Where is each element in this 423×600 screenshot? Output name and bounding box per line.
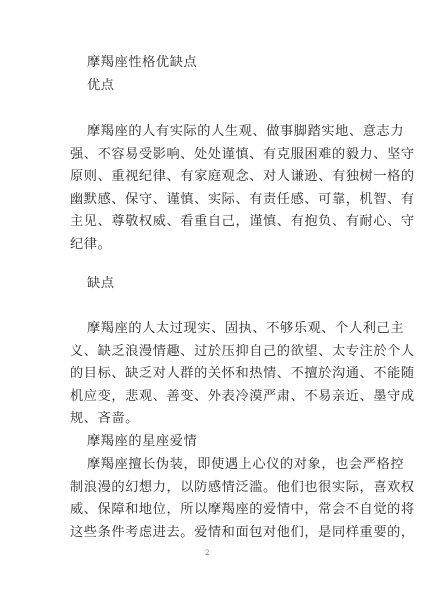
text-line: 这些条件考虑进去。爱情和面包对他们，是同样重要的， (70, 522, 360, 545)
paragraph-cons: 摩羯座的人太过现实、固执、不够乐观、个人利己主 义、缺乏浪漫情趣、过於压抑自己的… (70, 318, 360, 431)
section-heading-cons: 缺点 (87, 273, 115, 296)
text-line: 主见、尊敬权威、看重自己，谨慎、有抱负、有耐心、守 (70, 211, 360, 234)
text-line: 义、缺乏浪漫情趣、过於压抑自己的欲望、太专注於个人 (70, 341, 360, 364)
page-number: 2 (205, 549, 209, 557)
text-line: 威、保障和地位，所以摩羯座的爱情中，常会不自觉的将 (70, 499, 360, 522)
text-line: 纪律。 (70, 234, 360, 257)
text-line: 摩羯座的人有实际的人生观、做事脚踏实地、意志力 (70, 121, 360, 144)
section-heading-pros: 优点 (87, 75, 115, 98)
text-line: 强、不容易受影响、处处谨慎、有克服困难的毅力、坚守 (70, 144, 360, 167)
section-heading-love: 摩羯座的星座爱情 (87, 431, 197, 454)
text-line: 幽默感、保守、谨慎、实际、有责任感、可靠，机智、有 (70, 189, 360, 212)
text-line: 摩羯座的人太过现实、固执、不够乐观、个人利己主 (70, 318, 360, 341)
paragraph-love: 摩羯座擅长伪装，即使遇上心仪的对象，也会严格控 制浪漫的幻想力，以防感情泛滥。他… (70, 454, 360, 544)
text-line: 机应变，悲观、善变、外表冷漠严肃、不易亲近、墨守成 (70, 386, 360, 409)
text-line: 制浪漫的幻想力，以防感情泛滥。他们也很实际，喜欢权 (70, 477, 360, 500)
paragraph-pros: 摩羯座的人有实际的人生观、做事脚踏实地、意志力 强、不容易受影响、处处谨慎、有克… (70, 121, 360, 256)
text-line: 规、吝啬。 (70, 408, 360, 431)
text-line: 原则、重视纪律、有家庭观念、对人谦逊、有独树一格的 (70, 166, 360, 189)
text-line: 摩羯座擅长伪装，即使遇上心仪的对象，也会严格控 (70, 454, 360, 477)
document-title: 摩羯座性格优缺点 (87, 52, 197, 75)
text-line: 的目标、缺乏对人群的关怀和热情、不擅於沟通、不能随 (70, 363, 360, 386)
